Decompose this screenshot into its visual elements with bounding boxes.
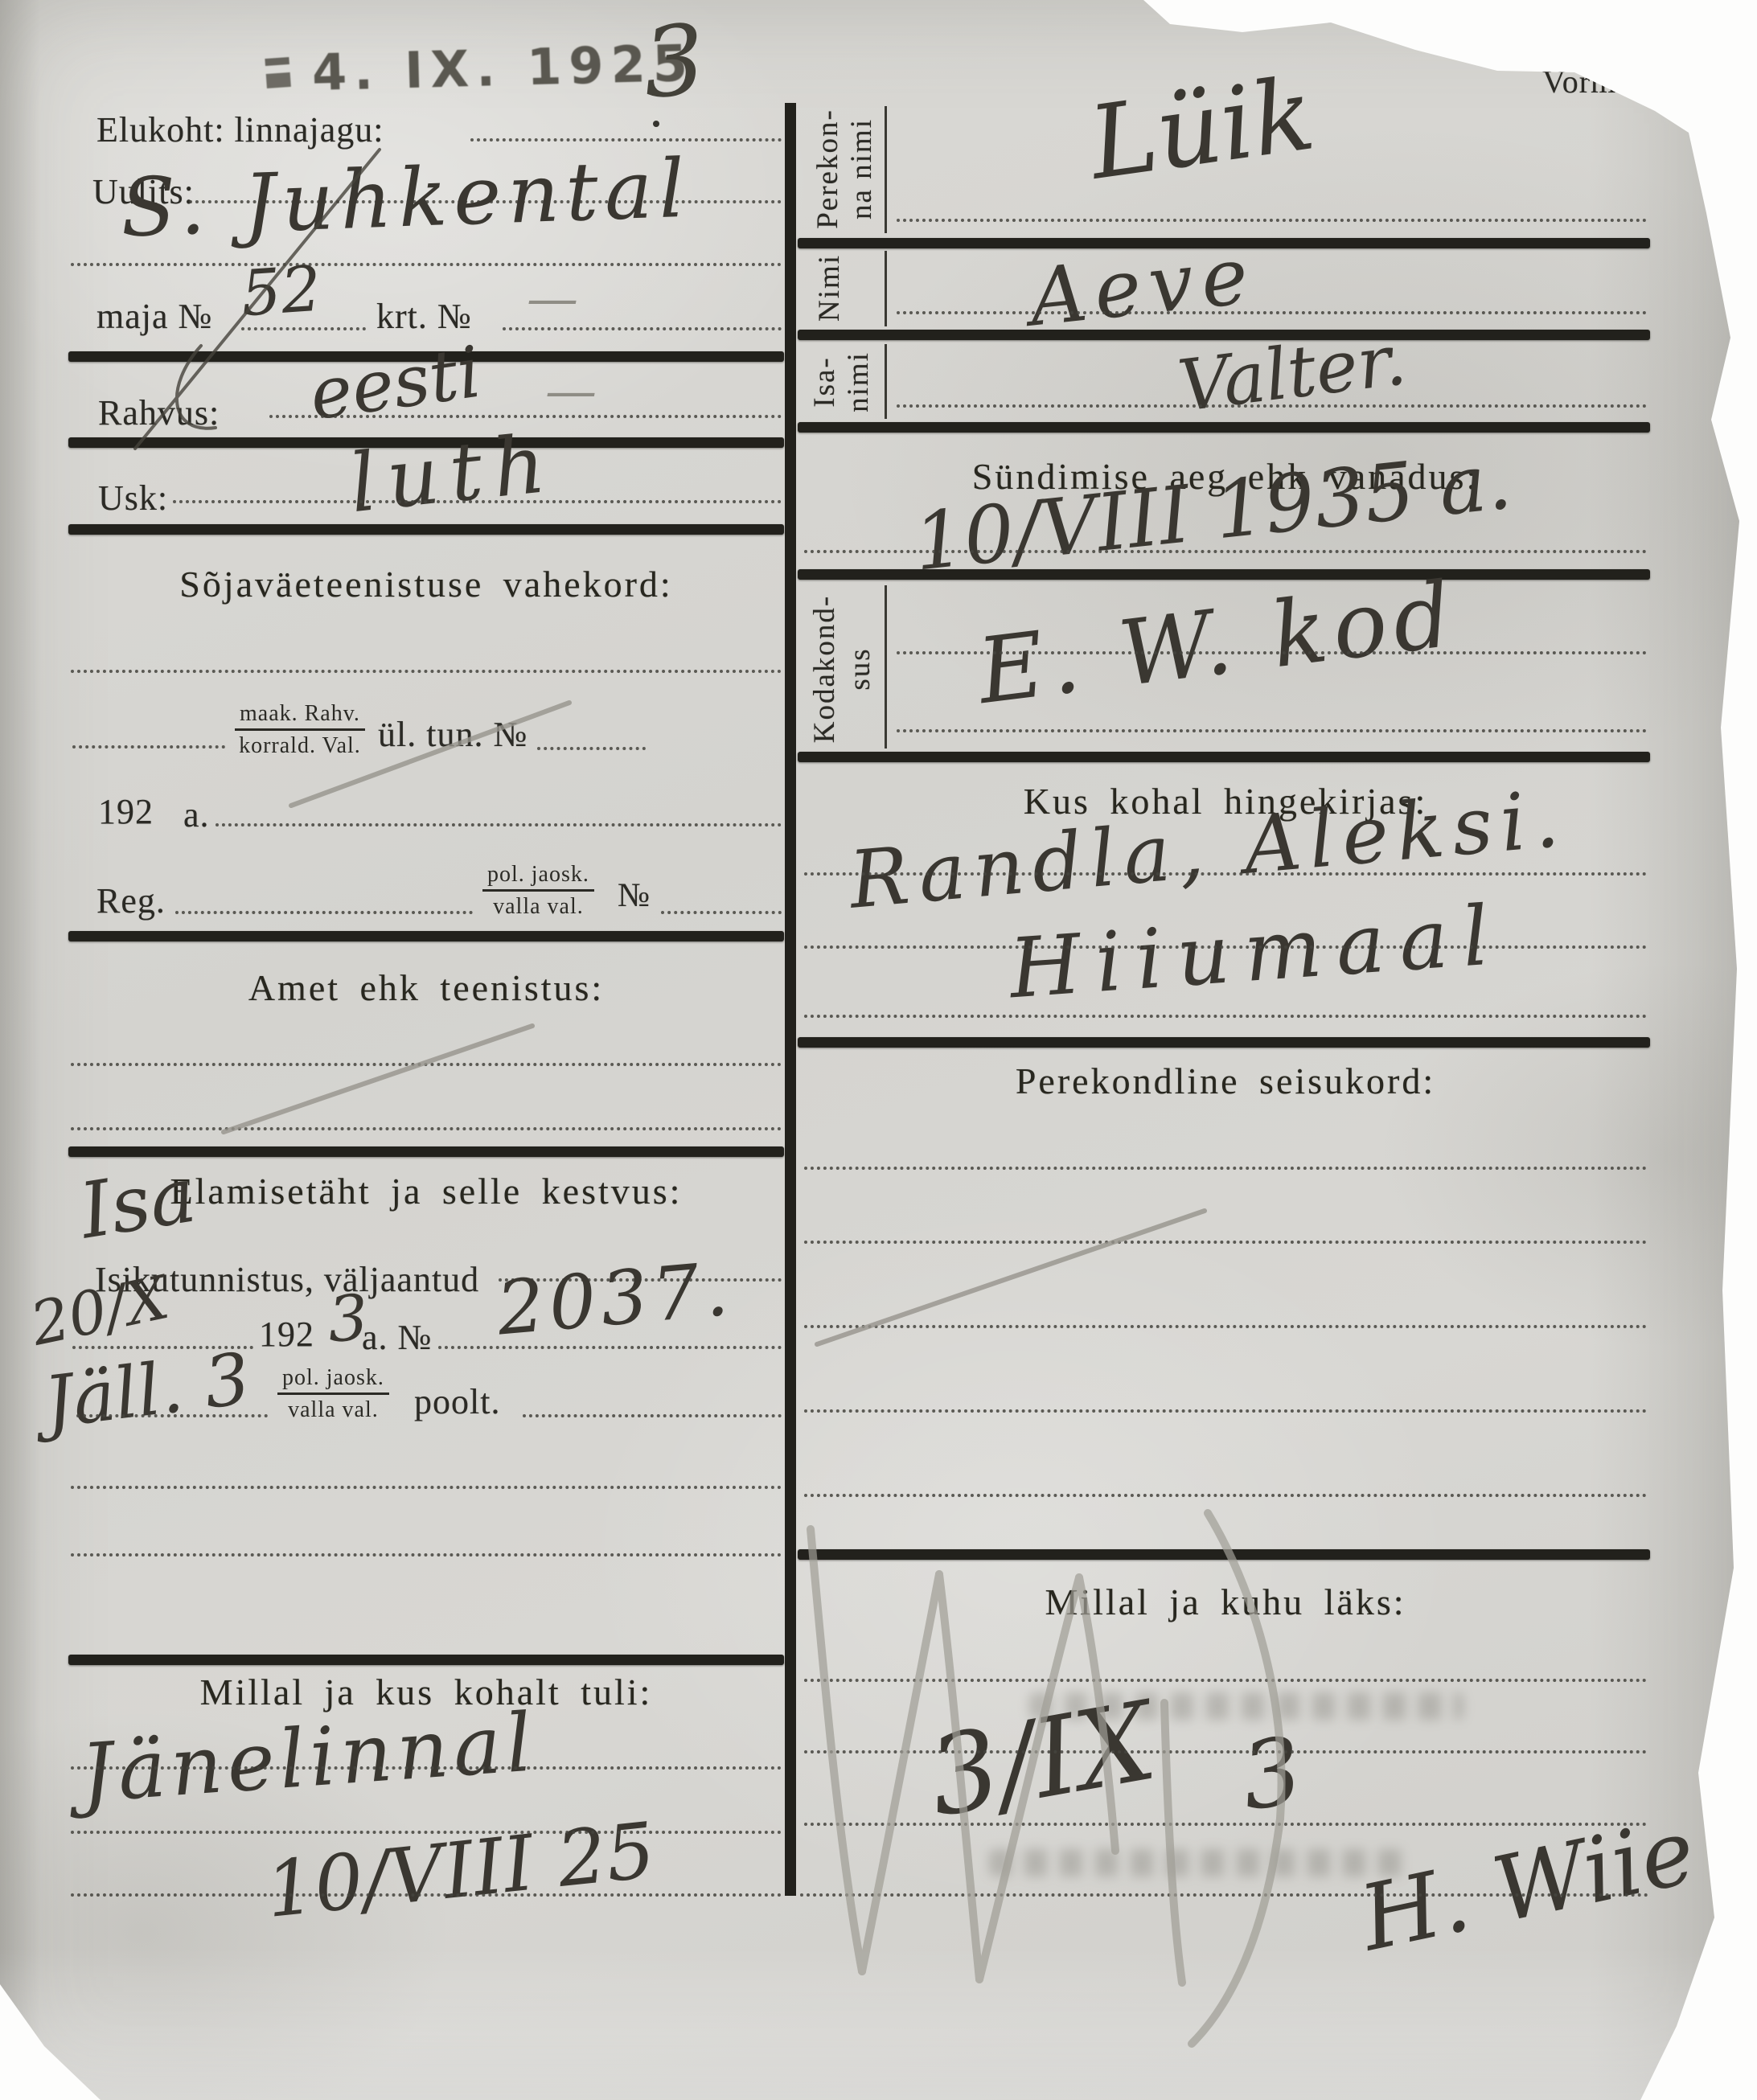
date-stamp: 4. IX. 1925 bbox=[311, 34, 696, 102]
maak-rahv-fraction: maak. Rahv. korrald. Val. bbox=[235, 701, 365, 759]
rahvus-dash: — bbox=[545, 362, 597, 421]
fraction-bottom: valla val. bbox=[277, 1395, 389, 1422]
dotted-line bbox=[804, 945, 1647, 949]
dotted-line bbox=[897, 311, 1647, 314]
thick-rule bbox=[68, 931, 784, 941]
ink-dot bbox=[653, 121, 659, 127]
thick-rule bbox=[798, 422, 1650, 433]
dotted-line bbox=[71, 1893, 782, 1897]
ul-tun-no-label: ül. tun. № bbox=[378, 714, 528, 755]
jall-note: Jäll. 3 bbox=[40, 1337, 255, 1444]
stamp-annotation: 3 bbox=[638, 4, 709, 121]
dotted-line bbox=[804, 1750, 1647, 1753]
issue-a-no-label: a. № bbox=[362, 1317, 433, 1358]
poolt-label: poolt. bbox=[414, 1381, 500, 1422]
tuli-place-value: Jänelinnal bbox=[78, 1695, 540, 1820]
dotted-line bbox=[71, 263, 782, 266]
fraction-top: pol. jaosk. bbox=[277, 1365, 389, 1395]
no-label: № bbox=[618, 876, 651, 915]
pol-jaosk-fraction: pol. jaosk. valla val. bbox=[482, 862, 594, 920]
dotted-line bbox=[173, 500, 782, 503]
dotted-line bbox=[71, 1063, 782, 1066]
elukoht-label: Elukoht: linnajagu: bbox=[96, 109, 384, 150]
dotted-line bbox=[71, 1766, 782, 1770]
dotted-line bbox=[804, 1325, 1647, 1328]
krt-no-value: — bbox=[527, 269, 578, 329]
dotted-line bbox=[537, 747, 646, 750]
year-a-label: a. bbox=[183, 794, 210, 835]
label-separator bbox=[885, 106, 887, 233]
dotted-line bbox=[897, 404, 1647, 408]
perekonnanimi-label: na nimi bbox=[844, 72, 880, 265]
fraction-top: maak. Rahv. bbox=[235, 701, 365, 731]
dotted-line bbox=[76, 1414, 268, 1417]
usk-value: luth bbox=[346, 416, 561, 531]
isanimi-label: nimi bbox=[841, 285, 876, 478]
thick-rule bbox=[798, 1549, 1650, 1560]
year-192-label: 192 bbox=[98, 791, 154, 832]
dotted-line bbox=[804, 1241, 1647, 1244]
isanimi-label: Isa- bbox=[807, 285, 843, 478]
uulits-value-handwritten: S. Juhkental bbox=[119, 142, 692, 256]
form-code: Vorm 36. bbox=[1542, 63, 1668, 100]
dotted-line bbox=[897, 219, 1647, 222]
kodakondsus-label: Kodakond- bbox=[807, 572, 843, 765]
dotted-line bbox=[175, 911, 473, 914]
dotted-line bbox=[804, 1167, 1647, 1170]
dotted-line bbox=[71, 1553, 782, 1557]
dotted-line bbox=[71, 670, 782, 673]
perekonnanimi-value: Lüik bbox=[1082, 55, 1321, 202]
dotted-line bbox=[71, 1831, 782, 1834]
dotted-line bbox=[804, 550, 1647, 553]
label-separator bbox=[885, 585, 887, 749]
thick-rule bbox=[798, 752, 1650, 762]
fraction-bottom: valla val. bbox=[482, 892, 594, 919]
dotted-line bbox=[523, 1414, 782, 1417]
scanned-registration-card: 4. IX. 1925 3 Vorm 36. Elukoht: linnajag… bbox=[0, 0, 1757, 2100]
rahvus-value: eesti bbox=[305, 330, 486, 437]
issue-year-printed: 192 bbox=[259, 1314, 314, 1355]
laks-date-value: 3/IX bbox=[920, 1678, 1164, 1841]
isa-margin-note: Isa bbox=[74, 1150, 201, 1256]
dotted-line bbox=[71, 1127, 782, 1130]
paper-edge-shading bbox=[0, 1947, 1757, 2100]
krt-no-label: krt. № bbox=[376, 296, 472, 337]
dotted-line bbox=[804, 1823, 1647, 1826]
dotted-line bbox=[503, 327, 782, 330]
amet-heading: Amet ehk teenistus: bbox=[68, 966, 784, 1009]
kodakondsus-value: E. W. kod bbox=[972, 562, 1463, 724]
issue-date-margin-note: 20/X bbox=[25, 1263, 174, 1360]
thick-rule bbox=[798, 1037, 1650, 1048]
dotted-line bbox=[897, 651, 1647, 654]
dotted-line bbox=[71, 1486, 782, 1489]
laks-heading: Millal ja kuhu läks: bbox=[804, 1581, 1647, 1623]
rahvus-label: Rahvus: bbox=[98, 392, 220, 433]
reg-label: Reg. bbox=[96, 880, 166, 921]
fraction-top: pol. jaosk. bbox=[482, 862, 594, 892]
issue-number: 2037. bbox=[494, 1245, 737, 1351]
thick-rule bbox=[68, 524, 784, 535]
maja-no-label: maja № bbox=[96, 296, 213, 337]
dotted-line bbox=[438, 1346, 782, 1349]
seisukord-heading: Perekondline seisukord: bbox=[804, 1060, 1647, 1102]
stamp-prefix-mark bbox=[265, 57, 289, 74]
dotted-line bbox=[661, 911, 782, 914]
maja-no-value: 52 bbox=[239, 253, 323, 331]
dotted-line bbox=[897, 729, 1647, 732]
kodakondsus-label: sus bbox=[843, 572, 878, 765]
label-separator bbox=[885, 344, 887, 419]
dotted-line bbox=[241, 327, 366, 330]
dotted-line bbox=[216, 823, 782, 826]
laks-number-value: 3 bbox=[1235, 1717, 1308, 1832]
dotted-line bbox=[470, 138, 782, 142]
thick-rule bbox=[798, 569, 1650, 580]
dotted-line bbox=[804, 1409, 1647, 1413]
usk-label: Usk: bbox=[98, 478, 168, 519]
tuli-date-value: 10/VIII 25 bbox=[262, 1807, 659, 1935]
column-divider bbox=[785, 103, 796, 1896]
thick-rule bbox=[68, 1655, 784, 1665]
paper-sheet: 4. IX. 1925 3 Vorm 36. Elukoht: linnajag… bbox=[0, 0, 1757, 2100]
dotted-line bbox=[804, 1015, 1647, 1018]
paper-edge-shading bbox=[1588, 0, 1757, 2100]
fraction-bottom: korrald. Val. bbox=[235, 731, 365, 758]
dotted-line bbox=[72, 745, 225, 749]
military-section-heading: Sõjaväeteenistuse vahekord: bbox=[68, 563, 784, 605]
label-separator bbox=[885, 251, 887, 326]
dotted-line bbox=[804, 1494, 1647, 1497]
dotted-line bbox=[804, 1679, 1647, 1682]
pol-jaosk-fraction-2: pol. jaosk. valla val. bbox=[277, 1365, 389, 1423]
dotted-line bbox=[800, 1893, 1648, 1897]
dotted-line bbox=[804, 872, 1647, 876]
paper-edge-shading bbox=[0, 0, 40, 2100]
faint-stamp bbox=[989, 1849, 1407, 1876]
